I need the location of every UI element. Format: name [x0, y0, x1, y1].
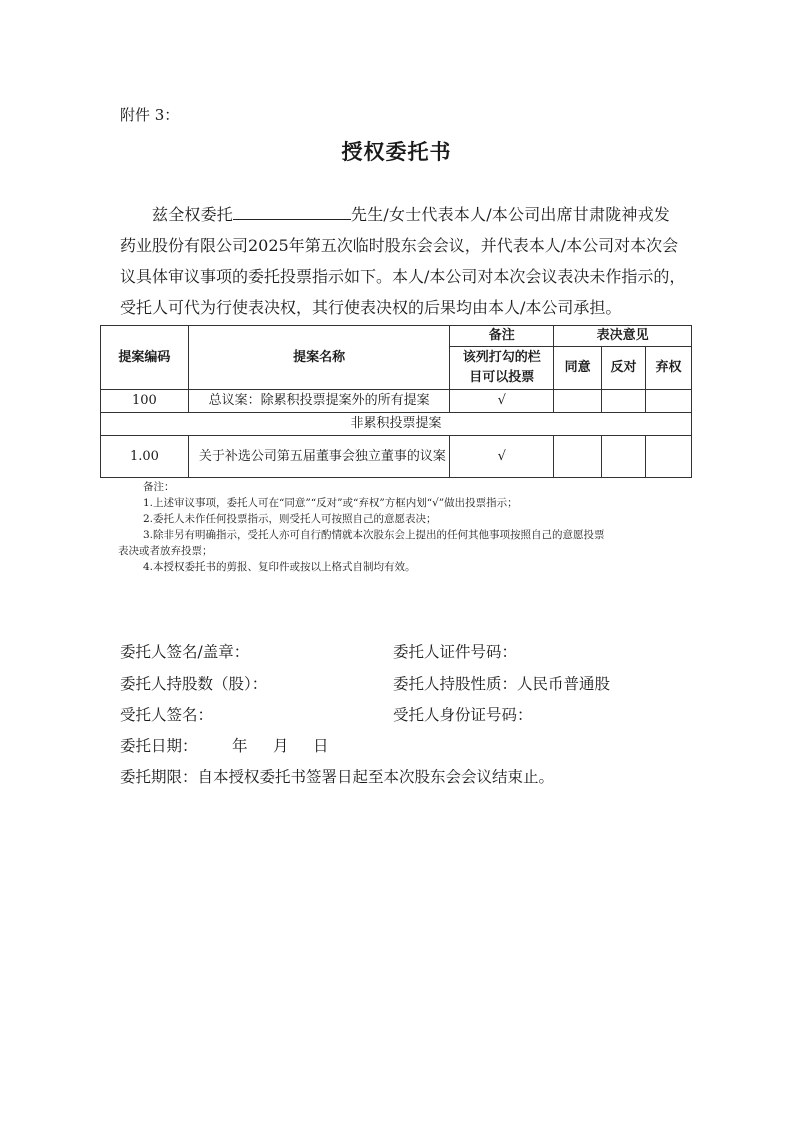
header-remark-sub: 该列打勾的栏目可以投票	[450, 347, 554, 390]
principal-signature-label: 委托人签名/盖章：	[120, 640, 249, 662]
section-row: 非累积投票提案	[101, 413, 692, 436]
note-item: 表决或者放弃投票；	[118, 543, 213, 559]
date-label: 委托日期：	[120, 734, 198, 756]
shares-label: 委托人持股数（股）：	[120, 672, 267, 694]
header-abstain: 弃权	[646, 347, 692, 390]
date-day: 日	[313, 734, 329, 756]
proposal-table: 提案编码 提案名称 备注 表决意见 该列打勾的栏目可以投票 同意 反对 弃权 1…	[100, 325, 692, 478]
intro-line-3: 议具体审议事项的委托投票指示如下。本人/本公司对本次会议表决未作指示的，	[120, 262, 692, 292]
document-title: 授权委托书	[0, 136, 793, 166]
date-month: 月	[273, 734, 289, 756]
abstain-box[interactable]	[646, 390, 692, 413]
header-name: 提案名称	[188, 326, 449, 390]
oppose-box[interactable]	[602, 436, 646, 478]
agent-signature-label: 受托人签名：	[120, 703, 213, 725]
table-row: 1.00 关于补选公司第五届董事会独立董事的议案 √	[101, 436, 692, 478]
intro-prefix: 兹全权委托	[120, 205, 233, 224]
section-title: 非累积投票提案	[101, 413, 692, 436]
date-year: 年	[232, 734, 248, 756]
principal-id-label: 委托人证件号码：	[393, 640, 517, 662]
remark-check: √	[450, 436, 554, 478]
agent-id-label: 受托人身份证号码：	[393, 703, 533, 725]
intro-line-2: 药业股份有限公司2025年第五次临时股东会会议，并代表本人/本公司对本次会	[120, 231, 692, 261]
share-type-label: 委托人持股性质：人民币普通股	[393, 672, 610, 694]
oppose-box[interactable]	[602, 390, 646, 413]
attachment-label: 附件 3：	[120, 104, 179, 125]
header-agree: 同意	[554, 347, 602, 390]
header-remark: 备注	[450, 326, 554, 347]
proposal-name: 关于补选公司第五届董事会独立董事的议案	[188, 436, 449, 478]
remark-check: √	[450, 390, 554, 413]
note-item: 4.本授权委托书的剪报、复印件或按以上格式自制均有效。	[143, 559, 416, 575]
proposal-name: 总议案：除累积投票提案外的所有提案	[188, 390, 449, 413]
proposal-code: 100	[101, 390, 189, 413]
table-row: 100 总议案：除累积投票提案外的所有提案 √	[101, 390, 692, 413]
intro-line-1: 兹全权委托先生/女士代表本人/本公司出席甘肃陇神戎发	[120, 200, 692, 230]
header-code: 提案编码	[101, 326, 189, 390]
proposal-code: 1.00	[101, 436, 189, 478]
header-oppose: 反对	[602, 347, 646, 390]
agree-box[interactable]	[554, 436, 602, 478]
abstain-box[interactable]	[646, 436, 692, 478]
note-item: 3.除非另有明确指示，受托人亦可自行酌情就本次股东会上提出的任何其他事项按照自己…	[143, 527, 605, 543]
intro-line-4: 受托人可代为行使表决权，其行使表决权的后果均由本人/本公司承担。	[120, 293, 692, 323]
header-vote: 表决意见	[554, 326, 692, 347]
delegate-name-blank[interactable]	[233, 201, 351, 220]
notes-heading: 备注：	[143, 479, 175, 495]
note-item: 1.上述审议事项，委托人可在“同意”“反对”或“弃权”方框内划“√”做出投票指示…	[143, 495, 518, 511]
agree-box[interactable]	[554, 390, 602, 413]
note-item: 2.委托人未作任何投票指示，则受托人可按照自己的意愿表决；	[143, 511, 437, 527]
intro-suffix: 先生/女士代表本人/本公司出席甘肃陇神戎发	[351, 205, 670, 224]
term-text: 委托期限：自本授权委托书签署日起至本次股东会会议结束止。	[120, 765, 554, 787]
